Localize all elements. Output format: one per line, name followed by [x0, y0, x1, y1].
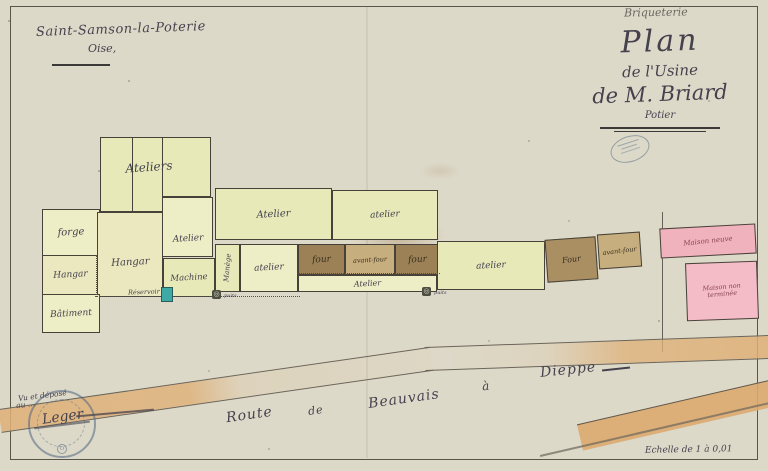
room-four-2: four	[395, 244, 440, 275]
room-label-forge: forge	[42, 209, 100, 257]
room-manege: Manège	[215, 244, 240, 292]
room-atelier-top-1: Atelier	[215, 188, 332, 240]
room-label-atelier-top-2: atelier	[332, 188, 438, 241]
dashed-line-fours	[298, 273, 440, 274]
room-label-avant-four-1: avant-four	[345, 244, 394, 275]
room-label-four-1: four	[298, 244, 344, 275]
room-four-1: four	[298, 244, 345, 275]
well-icon: ◎	[212, 290, 221, 299]
room-label-maison-non-terminee: Maison non terminée	[685, 260, 760, 322]
room-maison-non-terminee: Maison non terminée	[685, 261, 759, 321]
room-hangar-left: Hangar	[42, 255, 99, 295]
room-maison-neuve: Maison neuve	[659, 224, 756, 259]
room-atelier-small: Atelier	[162, 197, 213, 257]
room-label-batiment: Bâtiment	[42, 294, 100, 334]
room-label-atelier-long: atelier	[437, 239, 545, 291]
room-four-right: Four	[545, 236, 599, 282]
room-batiment: Bâtiment	[42, 294, 100, 333]
dashed-line-yard	[95, 296, 300, 297]
room-atelier-mid: atelier	[240, 244, 298, 292]
room-avant-four-1: avant-four	[345, 244, 395, 275]
well-label-2: puits	[434, 290, 447, 296]
reservoir-square	[161, 287, 173, 302]
room-label-hangar-center: Hangar	[96, 211, 164, 297]
room-atelier-strip: Atelier	[298, 275, 437, 292]
scanned-plan-document: Saint-Samson-la-Poterie Oise, Briqueteri…	[0, 0, 768, 471]
well-label-1: puits	[224, 293, 237, 299]
room-label-avant-four-right: avant-four	[597, 232, 642, 270]
scale-note: Echelle de 1 à 0,01	[645, 444, 733, 456]
room-label-hangar-left: Hangar	[42, 255, 99, 296]
road-label-a: à	[481, 379, 491, 394]
well-icon: ◎	[422, 287, 431, 296]
room-label-atelier-strip: Atelier	[299, 272, 437, 294]
room-avant-four-right: avant-four	[597, 232, 642, 270]
room-forge: forge	[42, 209, 100, 256]
room-label-four-right: Four	[545, 236, 599, 283]
room-atelier-top-2: atelier	[332, 190, 438, 240]
room-atelier-long: atelier	[437, 241, 545, 290]
room-label-atelier-small: Atelier	[162, 197, 214, 257]
room-label-atelier-mid: atelier	[240, 244, 298, 293]
room-label-atelier-top-1: Atelier	[215, 186, 332, 242]
reservoir-label: Réservoir	[128, 287, 160, 296]
room-label-maison-neuve: Maison neuve	[660, 222, 756, 260]
room-label-manege: Manège	[214, 244, 241, 292]
room-hangar-center: Hangar	[97, 212, 163, 297]
room-label-four-2: four	[395, 244, 439, 275]
dashed-line-hangar	[96, 255, 97, 297]
road-label-de: de	[307, 403, 324, 418]
